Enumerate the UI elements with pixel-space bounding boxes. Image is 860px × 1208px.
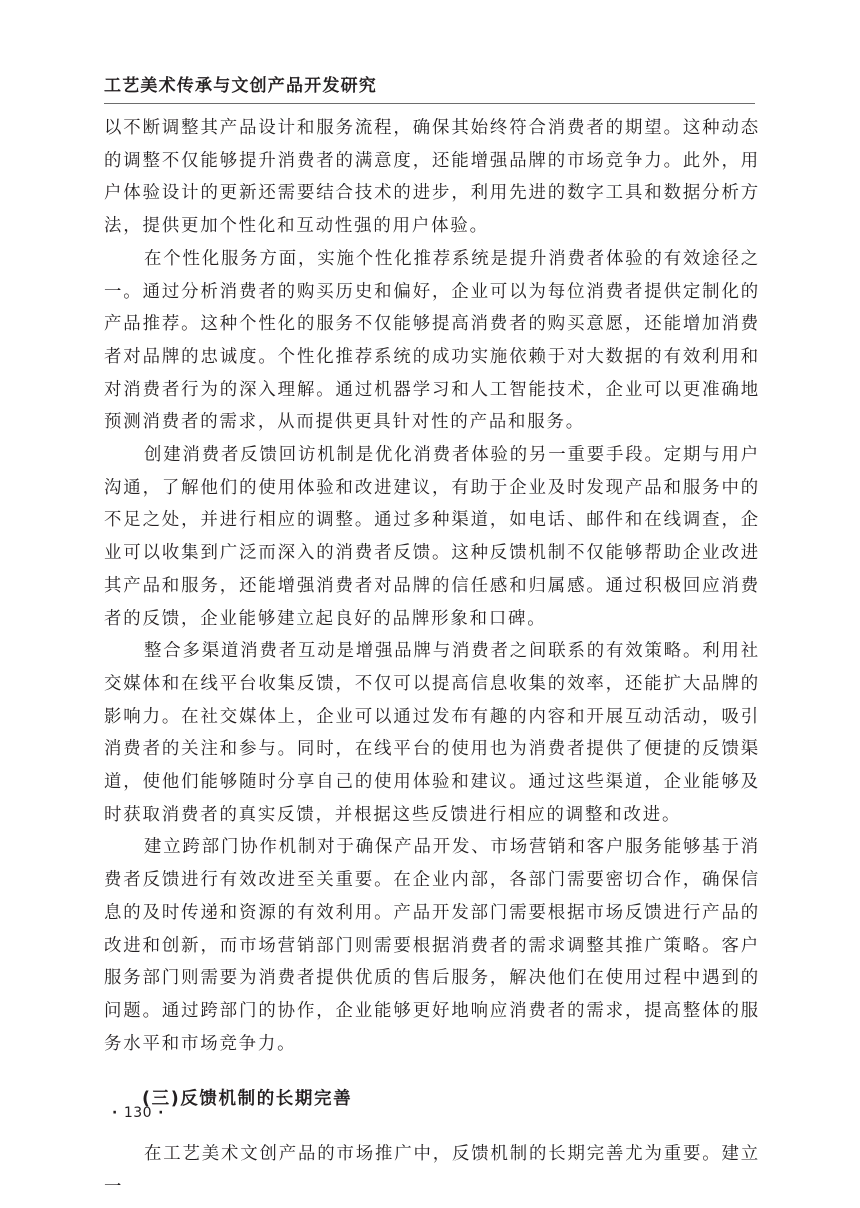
- page-number-footer: ·130·: [106, 1105, 170, 1121]
- paragraph-feedback-callback: 创建消费者反馈回访机制是优化消费者体验的另一重要手段。定期与用户沟通，了解他们的…: [104, 439, 760, 635]
- folio-dot-right: ·: [158, 1105, 164, 1121]
- paragraph-after-heading: 在工艺美术文创产品的市场推广中，反馈机制的长期完善尤为重要。建立一: [104, 1138, 760, 1203]
- paragraph-personalized-service: 在个性化服务方面，实施个性化推荐系统是提升消费者体验的有效途径之一。通过分析消费…: [104, 243, 760, 439]
- running-head-title: 工艺美术传承与文创产品开发研究: [104, 76, 377, 96]
- folio-dot-left: ·: [112, 1105, 118, 1121]
- paragraph-multichannel-interaction: 整合多渠道消费者互动是增强品牌与消费者之间联系的有效策略。利用社交媒体和在线平台…: [104, 635, 760, 831]
- section-heading: (三)反馈机制的长期完善: [104, 1082, 760, 1116]
- header-rule-divider: [104, 103, 755, 104]
- paragraph-continued: 以不断调整其产品设计和服务流程，确保其始终符合消费者的期望。这种动态的调整不仅能…: [104, 112, 760, 243]
- page-number: 130: [124, 1105, 152, 1121]
- body-text: 以不断调整其产品设计和服务流程，确保其始终符合消费者的期望。这种动态的调整不仅能…: [104, 112, 760, 1204]
- paragraph-cross-department: 建立跨部门协作机制对于确保产品开发、市场营销和客户服务能够基于消费者反馈进行有效…: [104, 831, 760, 1060]
